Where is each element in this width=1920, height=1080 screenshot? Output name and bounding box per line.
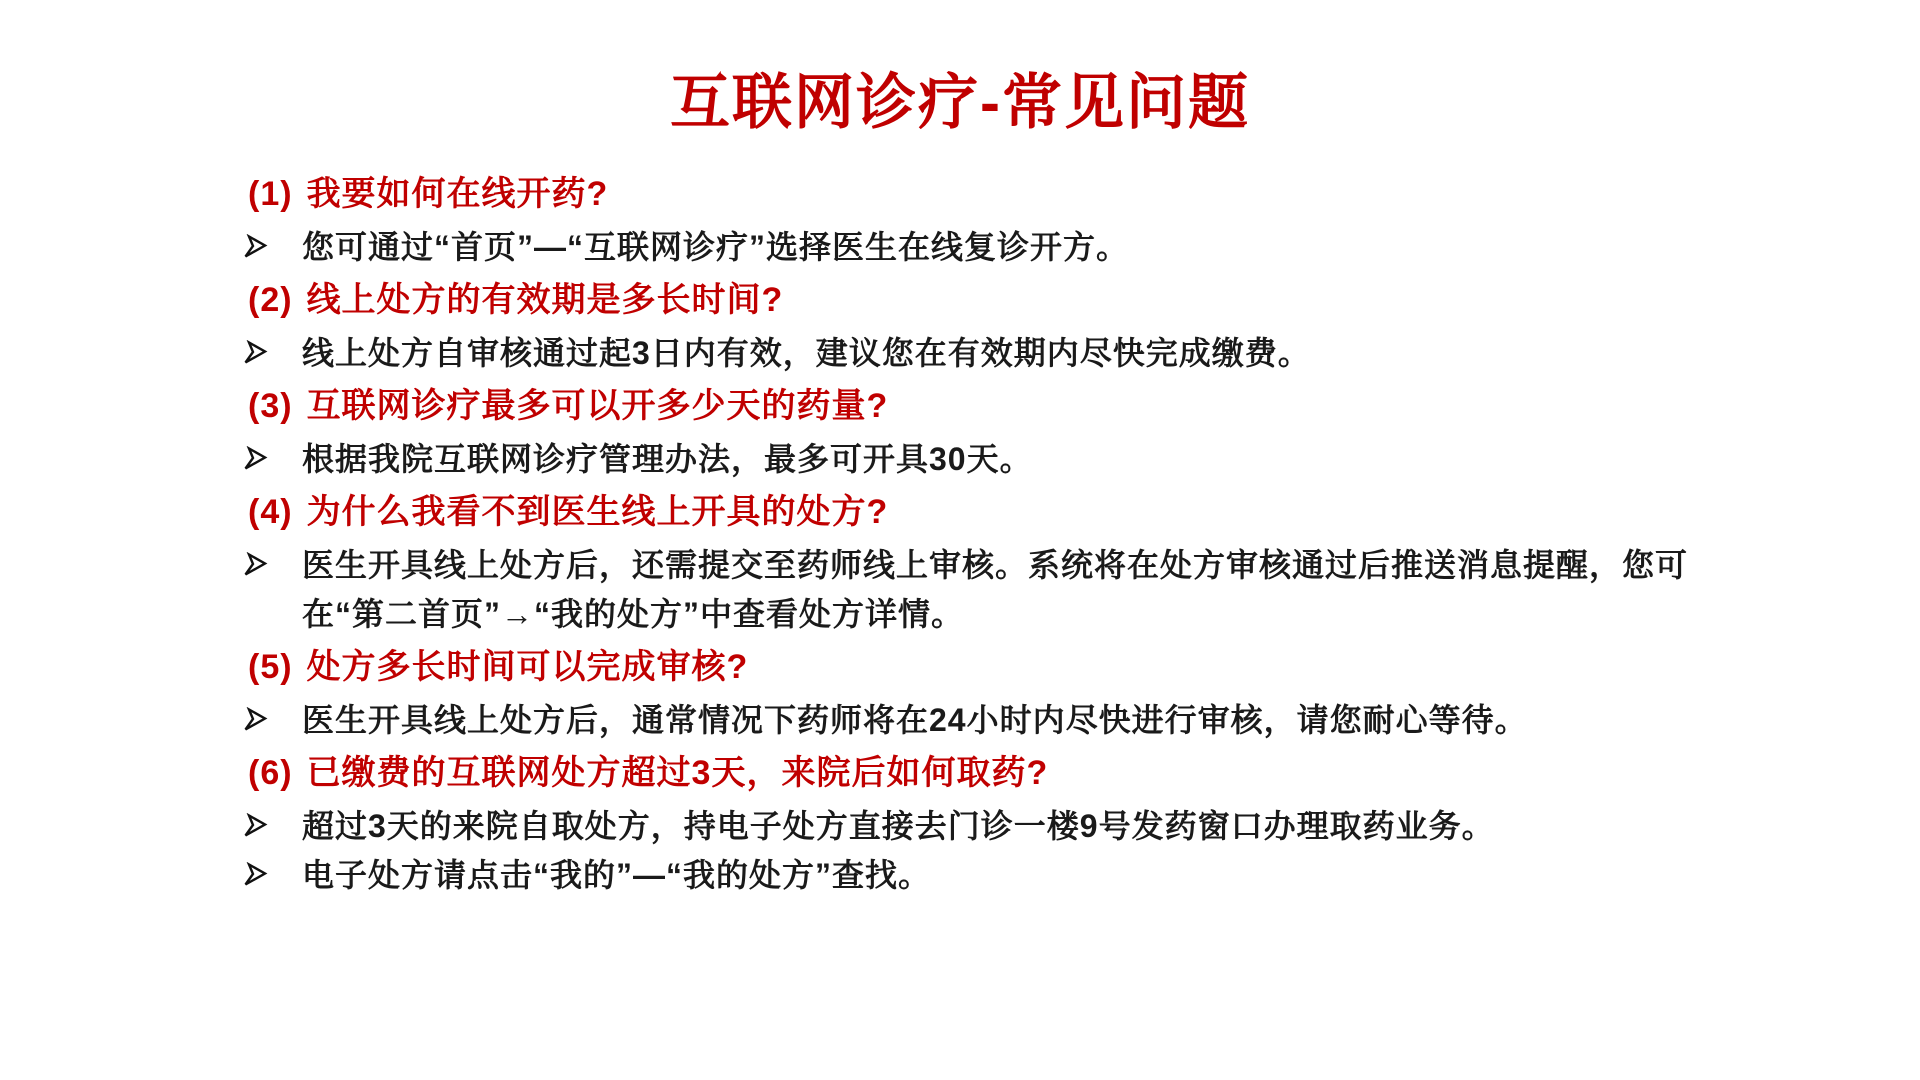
question-text: 已缴费的互联网处方超过3天，来院后如何取药? bbox=[307, 749, 1049, 798]
answer-row: 电子处方请点击“我的”—“我的处方”查找。 bbox=[240, 851, 1710, 900]
arrow-bullet-icon bbox=[240, 435, 302, 472]
answer-text: 您可通过“首页”—“互联网诊疗”选择医生在线复诊开方。 bbox=[302, 223, 1710, 272]
answer-group: 超过3天的来院自取处方，持电子处方直接去门诊一楼9号发药窗口办理取药业务。 电子… bbox=[240, 802, 1710, 900]
question-text: 互联网诊疗最多可以开多少天的药量? bbox=[307, 382, 889, 431]
arrow-bullet-icon bbox=[240, 851, 302, 888]
answer-text: 线上处方自审核通过起3日内有效，建议您在有效期内尽快完成缴费。 bbox=[302, 329, 1710, 378]
question-number: (4) bbox=[248, 488, 293, 537]
arrow-bullet-icon bbox=[240, 696, 302, 733]
question-number: (2) bbox=[248, 276, 293, 325]
question-heading: (6) 已缴费的互联网处方超过3天，来院后如何取药? bbox=[240, 749, 1710, 798]
arrow-bullet-icon bbox=[240, 802, 302, 839]
question-number: (5) bbox=[248, 643, 293, 692]
faq-item: (6) 已缴费的互联网处方超过3天，来院后如何取药? 超过3天的来院自取处方，持… bbox=[240, 749, 1710, 900]
question-heading: (4) 为什么我看不到医生线上开具的处方? bbox=[240, 488, 1710, 537]
answer-row: 医生开具线上处方后，通常情况下药师将在24小时内尽快进行审核，请您耐心等待。 bbox=[240, 696, 1710, 745]
arrow-bullet-icon bbox=[240, 541, 302, 578]
faq-item: (3) 互联网诊疗最多可以开多少天的药量? 根据我院互联网诊疗管理办法，最多可开… bbox=[240, 382, 1710, 484]
question-number: (6) bbox=[248, 749, 293, 798]
page-title: 互联网诊疗-常见问题 bbox=[0, 55, 1920, 141]
answer-row: 医生开具线上处方后，还需提交至药师线上审核。系统将在处方审核通过后推送消息提醒，… bbox=[240, 541, 1710, 639]
answer-row: 根据我院互联网诊疗管理办法，最多可开具30天。 bbox=[240, 435, 1710, 484]
faq-list: (1) 我要如何在线开药? 您可通过“首页”—“互联网诊疗”选择医生在线复诊开方… bbox=[240, 166, 1710, 900]
answer-group: 医生开具线上处方后，通常情况下药师将在24小时内尽快进行审核，请您耐心等待。 bbox=[240, 696, 1710, 745]
answer-text: 根据我院互联网诊疗管理办法，最多可开具30天。 bbox=[302, 435, 1710, 484]
question-heading: (5) 处方多长时间可以完成审核? bbox=[240, 643, 1710, 692]
answer-row: 您可通过“首页”—“互联网诊疗”选择医生在线复诊开方。 bbox=[240, 223, 1710, 272]
arrow-bullet-icon bbox=[240, 329, 302, 366]
answer-group: 线上处方自审核通过起3日内有效，建议您在有效期内尽快完成缴费。 bbox=[240, 329, 1710, 378]
answer-row: 超过3天的来院自取处方，持电子处方直接去门诊一楼9号发药窗口办理取药业务。 bbox=[240, 802, 1710, 851]
question-number: (1) bbox=[248, 170, 293, 219]
faq-item: (1) 我要如何在线开药? 您可通过“首页”—“互联网诊疗”选择医生在线复诊开方… bbox=[240, 170, 1710, 272]
answer-text: 医生开具线上处方后，通常情况下药师将在24小时内尽快进行审核，请您耐心等待。 bbox=[302, 696, 1710, 745]
answer-text: 超过3天的来院自取处方，持电子处方直接去门诊一楼9号发药窗口办理取药业务。 bbox=[302, 802, 1710, 851]
question-heading: (3) 互联网诊疗最多可以开多少天的药量? bbox=[240, 382, 1710, 431]
faq-item: (2) 线上处方的有效期是多长时间? 线上处方自审核通过起3日内有效，建议您在有… bbox=[240, 276, 1710, 378]
question-number: (3) bbox=[248, 382, 293, 431]
question-text: 处方多长时间可以完成审核? bbox=[307, 643, 749, 692]
answer-row: 线上处方自审核通过起3日内有效，建议您在有效期内尽快完成缴费。 bbox=[240, 329, 1710, 378]
answer-group: 根据我院互联网诊疗管理办法，最多可开具30天。 bbox=[240, 435, 1710, 484]
answer-group: 医生开具线上处方后，还需提交至药师线上审核。系统将在处方审核通过后推送消息提醒，… bbox=[240, 541, 1710, 639]
question-heading: (1) 我要如何在线开药? bbox=[240, 170, 1710, 219]
question-text: 为什么我看不到医生线上开具的处方? bbox=[307, 488, 889, 537]
faq-item: (4) 为什么我看不到医生线上开具的处方? 医生开具线上处方后，还需提交至药师线… bbox=[240, 488, 1710, 639]
answer-group: 您可通过“首页”—“互联网诊疗”选择医生在线复诊开方。 bbox=[240, 223, 1710, 272]
faq-item: (5) 处方多长时间可以完成审核? 医生开具线上处方后，通常情况下药师将在24小… bbox=[240, 643, 1710, 745]
arrow-bullet-icon bbox=[240, 223, 302, 260]
answer-text: 电子处方请点击“我的”—“我的处方”查找。 bbox=[302, 851, 1710, 900]
question-text: 我要如何在线开药? bbox=[307, 170, 609, 219]
question-text: 线上处方的有效期是多长时间? bbox=[307, 276, 784, 325]
slide: 互联网诊疗-常见问题 (1) 我要如何在线开药? 您可通过“首页”—“互联网诊疗… bbox=[0, 0, 1920, 1080]
question-heading: (2) 线上处方的有效期是多长时间? bbox=[240, 276, 1710, 325]
answer-text: 医生开具线上处方后，还需提交至药师线上审核。系统将在处方审核通过后推送消息提醒，… bbox=[302, 541, 1710, 639]
